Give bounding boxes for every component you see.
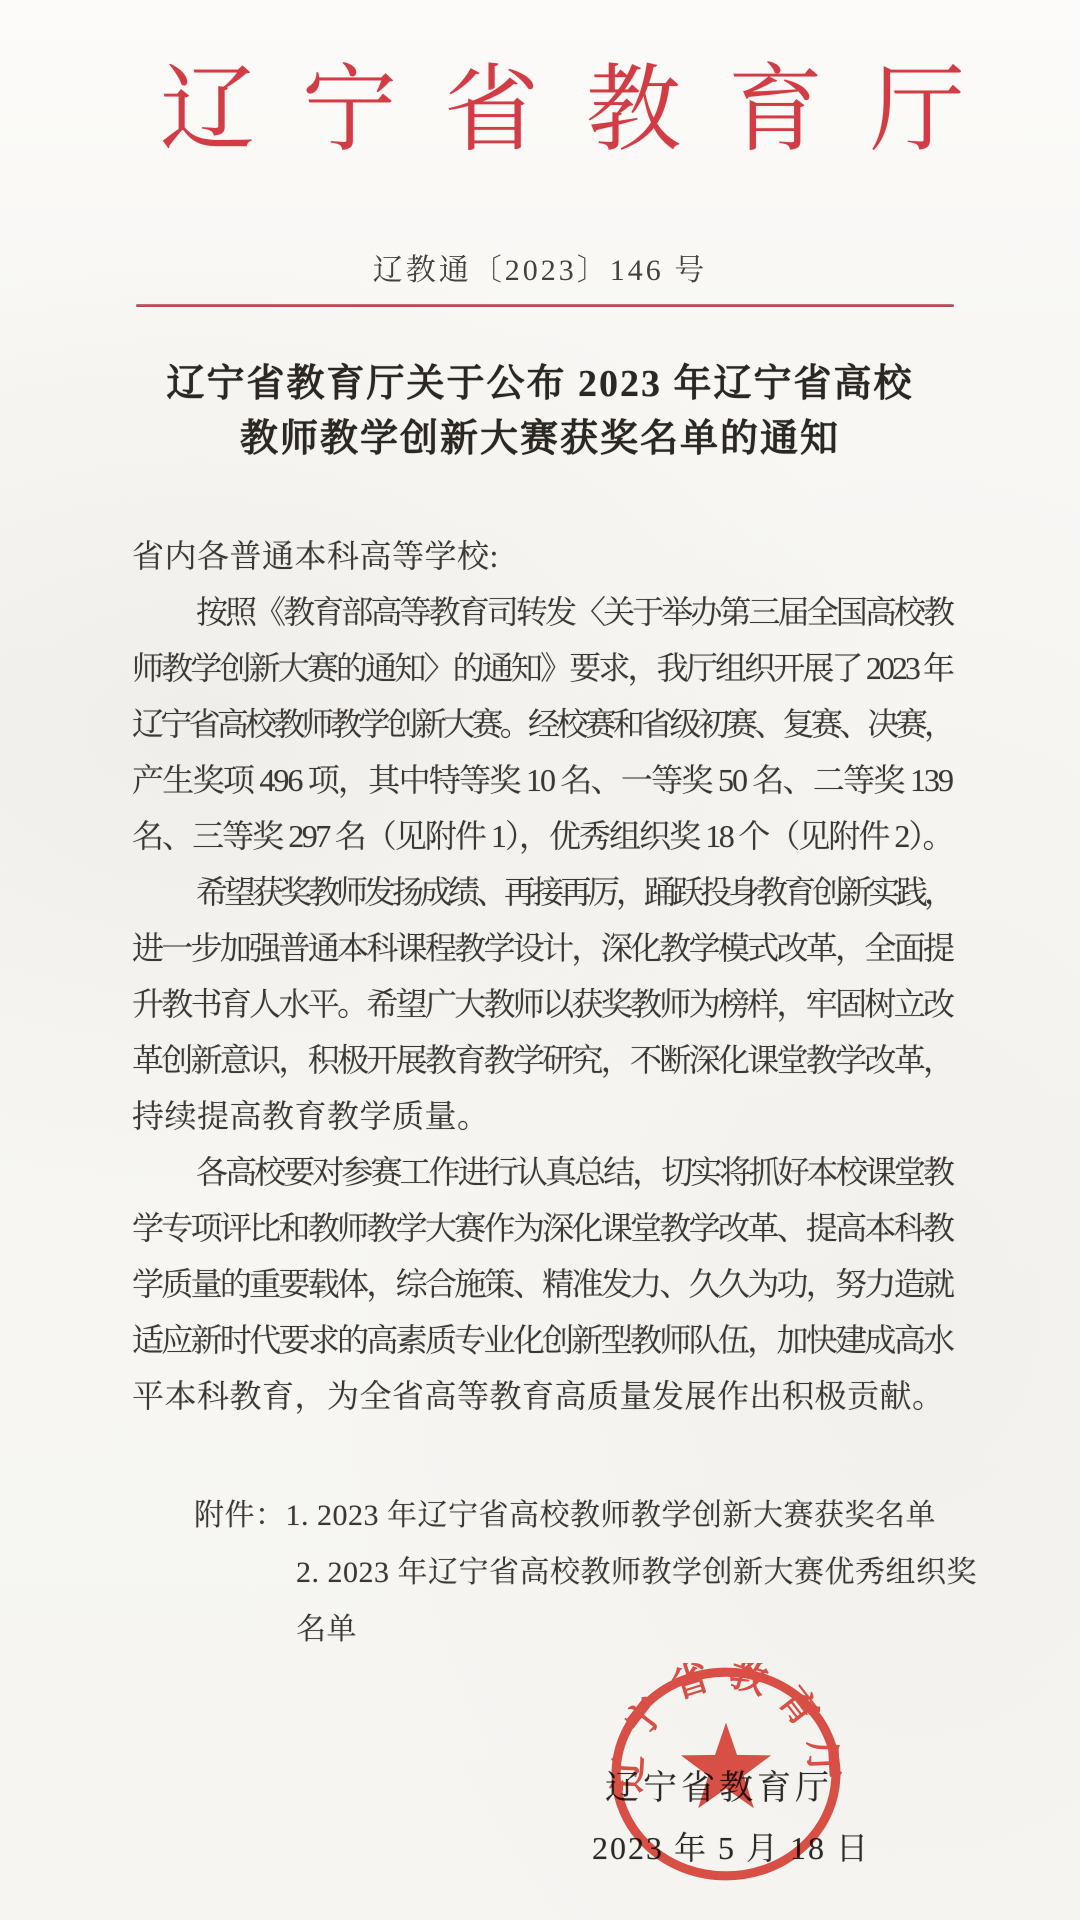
notice-title-line-2: 教师教学创新大赛获奖名单的通知 xyxy=(60,412,1020,467)
body-text: 省内各普通本科高等学校:按照《教育部高等教育司转发〈关于举办第三届全国高校教师教… xyxy=(132,528,952,1424)
body-line: 名、三等奖 297 名（见附件 1），优秀组织奖 18 个（见附件 2）。 xyxy=(132,808,952,864)
body-line: 按照《教育部高等教育司转发〈关于举办第三届全国高校教 xyxy=(132,584,952,640)
body-line: 希望获奖教师发扬成绩、再接再厉，踊跃投身教育创新实践， xyxy=(132,864,952,920)
body-line: 革创新意识，积极开展教育教学研究，不断深化课堂教学改革， xyxy=(132,1032,952,1088)
body-line: 平本科教育，为全省高等教育高质量发展作出积极贡献。 xyxy=(132,1368,952,1424)
body-line: 辽宁省高校教师教学创新大赛。经校赛和省级初赛、复赛、决赛， xyxy=(132,696,952,752)
notice-title-line-1: 辽宁省教育厅关于公布 2023 年辽宁省高校 xyxy=(60,357,1020,412)
agency-letterhead: 辽宁省教育厅 xyxy=(160,60,1012,160)
body-line: 各高校要对参赛工作进行认真总结，切实将抓好本校课堂教 xyxy=(132,1144,952,1200)
notice-title: 辽宁省教育厅关于公布 2023 年辽宁省高校 教师教学创新大赛获奖名单的通知 xyxy=(60,357,1020,467)
doc-number: 辽教通〔2023〕146 号 xyxy=(0,250,1080,292)
body-line: 适应新时代要求的高素质专业化创新型教师队伍，加快建成高水 xyxy=(132,1312,952,1368)
body-line: 持续提高教育教学质量。 xyxy=(132,1088,952,1144)
attachments-block: 附件：1. 2023 年辽宁省高校教师教学创新大赛获奖名单 2. 2023 年辽… xyxy=(132,1487,980,1658)
body-line: 省内各普通本科高等学校: xyxy=(132,528,952,584)
body-line: 升教书育人水平。希望广大教师以获奖教师为榜样，牢固树立改 xyxy=(132,976,952,1032)
date-text: 2023 年 5 月 18 日 xyxy=(541,1829,921,1867)
attachment-line-2: 2. 2023 年辽宁省高校教师教学创新大赛优秀组织奖名单 xyxy=(132,1544,980,1658)
document-page: 辽宁省教育厅 辽教通〔2023〕146 号 辽宁省教育厅关于公布 2023 年辽… xyxy=(0,0,1080,1920)
body-line: 学质量的重要载体，综合施策、精准发力、久久为功，努力造就 xyxy=(132,1256,952,1312)
body-line: 师教学创新大赛的通知〉的通知》要求，我厅组织开展了 2023 年 xyxy=(132,640,952,696)
signature-text: 辽宁省教育厅 xyxy=(539,1769,899,1809)
red-divider-rule xyxy=(136,304,954,307)
body-line: 学专项评比和教师教学大赛作为深化课堂教学改革、提高本科教 xyxy=(132,1200,952,1256)
attachment-line-1: 附件：1. 2023 年辽宁省高校教师教学创新大赛获奖名单 xyxy=(132,1487,980,1544)
body-line: 进一步加强普通本科课程教学设计，深化教学模式改革，全面提 xyxy=(132,920,952,976)
body-line: 产生奖项 496 项，其中特等奖 10 名、一等奖 50 名、二等奖 139 xyxy=(132,752,952,808)
